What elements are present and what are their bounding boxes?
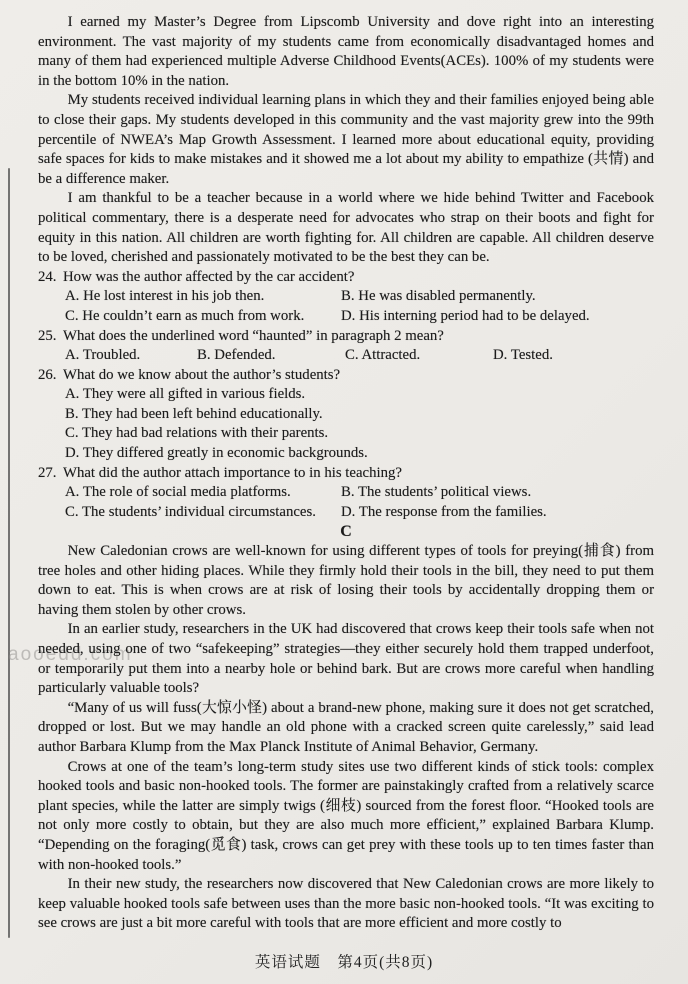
scanned-exam-page: aooedd.com I earned my Master’s Degree f… [0, 0, 688, 984]
passage-c-paragraph-3: “Many of us will fuss(大惊小怪) about a bran… [38, 699, 654, 758]
scan-edge-artifact [8, 168, 10, 938]
section-c-heading: C [38, 522, 654, 542]
question-25-options-row: A. Troubled. B. Defended. C. Attracted. … [65, 346, 654, 366]
question-26-text: What do we know about the author’s stude… [63, 367, 340, 383]
question-24-option-d: D. His interning period had to be delaye… [341, 307, 654, 327]
question-24-option-c: C. He couldn’t earn as much from work. [65, 307, 341, 327]
question-26-option-c: C. They had bad relations with their par… [65, 424, 654, 444]
question-24-number: 24. [38, 268, 63, 288]
question-25-option-c: C. Attracted. [345, 346, 493, 366]
question-24-option-a: A. He lost interest in his job then. [65, 287, 341, 307]
question-24: 24.How was the author affected by the ca… [38, 268, 654, 327]
question-27-text: What did the author attach importance to… [63, 465, 402, 481]
question-25-text: What does the underlined word “haunted” … [63, 328, 444, 344]
question-27-option-b: B. The students’ political views. [341, 483, 654, 503]
question-24-options-row-2: C. He couldn’t earn as much from work. D… [65, 307, 654, 327]
passage-b-paragraph-1: I earned my Master’s Degree from Lipscom… [38, 13, 654, 91]
page-content: I earned my Master’s Degree from Lipscom… [38, 13, 654, 934]
question-24-option-b: B. He was disabled permanently. [341, 287, 654, 307]
question-25-number: 25. [38, 327, 63, 347]
question-25: 25.What does the underlined word “haunte… [38, 327, 654, 366]
question-27: 27.What did the author attach importance… [38, 464, 654, 523]
passage-b-paragraph-2: My students received individual learning… [38, 91, 654, 189]
question-27-stem: 27.What did the author attach importance… [38, 464, 654, 484]
question-26-number: 26. [38, 366, 63, 386]
passage-c: New Caledonian crows are well-known for … [38, 542, 654, 934]
question-27-number: 27. [38, 464, 63, 484]
passage-b-paragraph-3: I am thankful to be a teacher because in… [38, 189, 654, 267]
question-24-stem: 24.How was the author affected by the ca… [38, 268, 654, 288]
passage-c-paragraph-2: In an earlier study, researchers in the … [38, 620, 654, 698]
passage-c-paragraph-1: New Caledonian crows are well-known for … [38, 542, 654, 620]
question-27-options-row-2: C. The students’ individual circumstance… [65, 503, 654, 523]
question-27-option-d: D. The response from the families. [341, 503, 654, 523]
question-26-stem: 26.What do we know about the author’s st… [38, 366, 654, 386]
question-27-option-a: A. The role of social media platforms. [65, 483, 341, 503]
question-24-text: How was the author affected by the car a… [63, 269, 354, 285]
question-26-option-b: B. They had been left behind educational… [65, 405, 654, 425]
question-27-option-c: C. The students’ individual circumstance… [65, 503, 341, 523]
question-25-option-d: D. Tested. [493, 346, 654, 366]
question-26-option-a: A. They were all gifted in various field… [65, 385, 654, 405]
passage-c-paragraph-5: In their new study, the researchers now … [38, 875, 654, 934]
page-footer: 英语试题 第4页(共8页) [0, 950, 688, 972]
question-27-options-row-1: A. The role of social media platforms. B… [65, 483, 654, 503]
passage-c-paragraph-4: Crows at one of the team’s long-term stu… [38, 758, 654, 876]
question-25-stem: 25.What does the underlined word “haunte… [38, 327, 654, 347]
question-24-options-row-1: A. He lost interest in his job then. B. … [65, 287, 654, 307]
question-25-option-a: A. Troubled. [65, 346, 197, 366]
passage-b: I earned my Master’s Degree from Lipscom… [38, 13, 654, 268]
question-25-option-b: B. Defended. [197, 346, 345, 366]
question-26: 26.What do we know about the author’s st… [38, 366, 654, 464]
question-26-option-d: D. They differed greatly in economic bac… [65, 444, 654, 464]
